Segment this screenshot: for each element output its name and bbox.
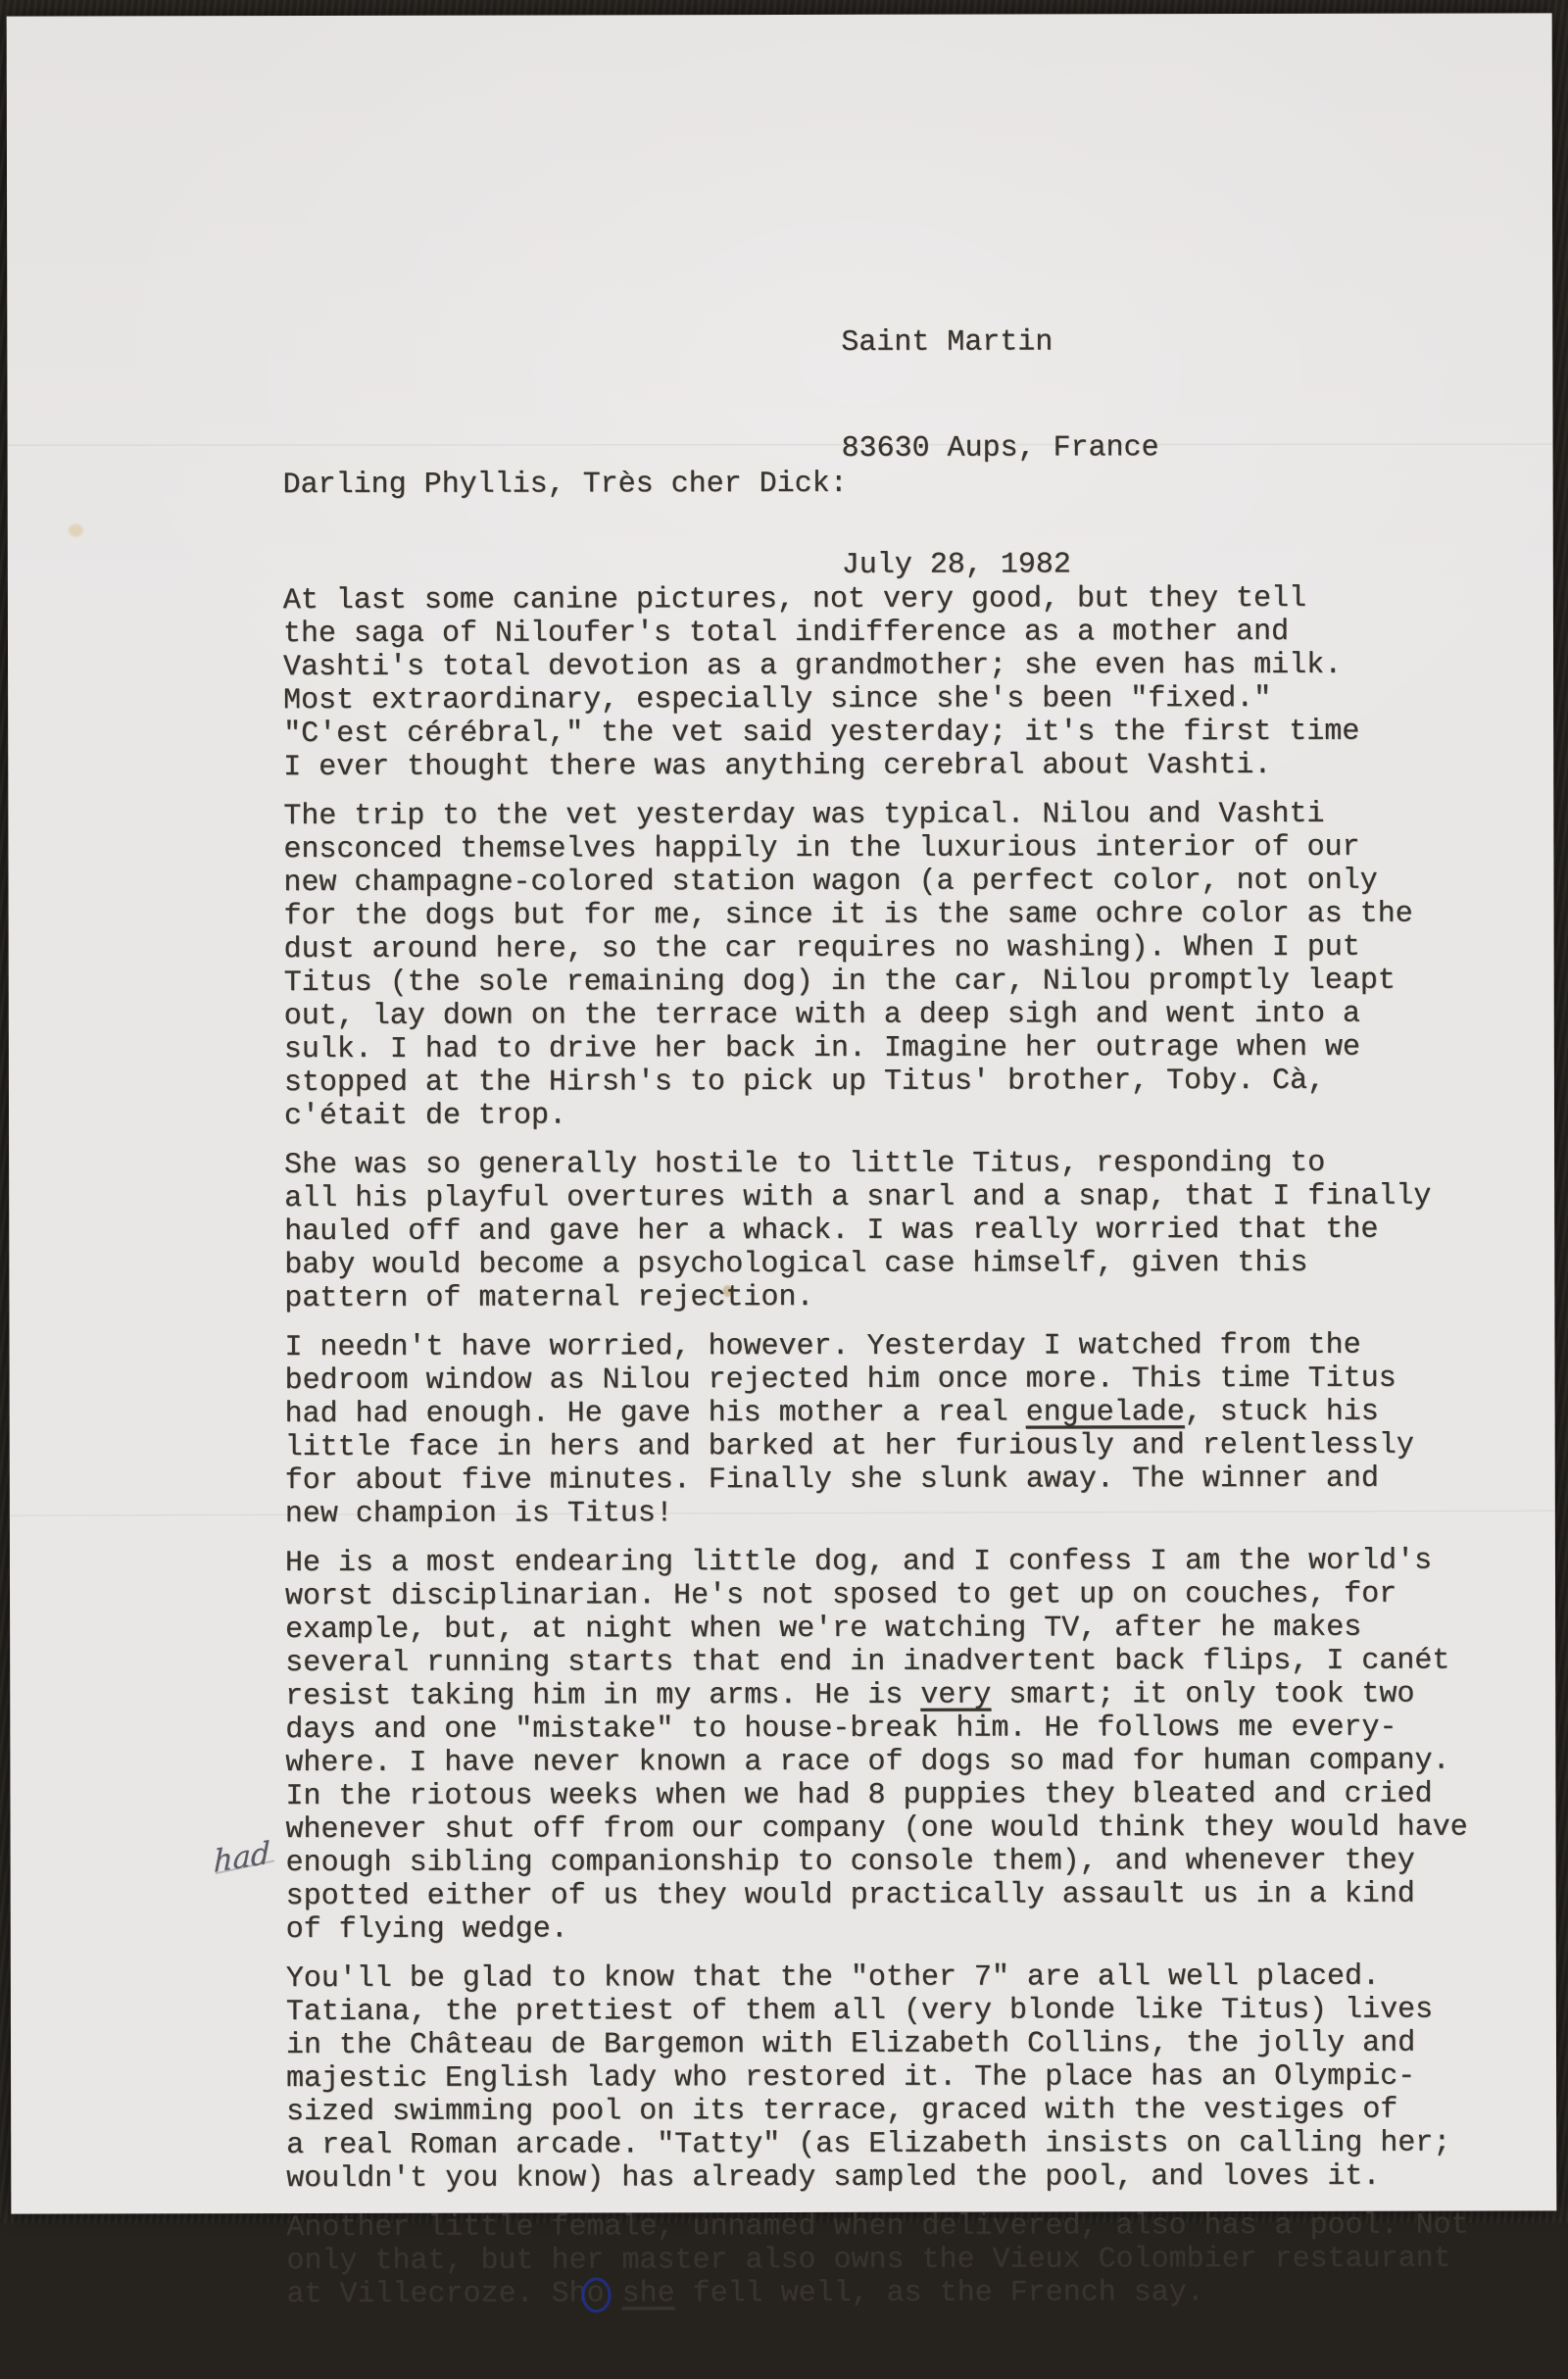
text-segment: He is a most endearing little dog, and I…: [285, 1545, 1432, 1580]
text-line: bedroom window as Nilou rejected him onc…: [285, 1363, 1467, 1399]
text-segment: c'était de trop.: [284, 1099, 566, 1133]
text-segment: sized swimming pool on its terrace, grac…: [286, 2094, 1397, 2129]
text-segment: in the Château de Bargemon with Elizabet…: [286, 2027, 1415, 2062]
margin-note-handwritten: had: [214, 1836, 270, 1879]
text-segment: for the dogs but for me, since it is the…: [284, 898, 1413, 933]
text-line: ensconced themselves happily in the luxu…: [283, 831, 1465, 867]
text-line: pattern of maternal rejection.: [284, 1280, 1466, 1316]
text-line: You'll be glad to know that the "other 7…: [286, 1960, 1468, 1997]
text-line: I needn't have worried, however. Yesterd…: [284, 1329, 1466, 1365]
text-segment: I ever thought there was anything cerebr…: [283, 749, 1271, 784]
text-line: He is a most endearing little dog, and I…: [285, 1545, 1467, 1581]
text-segment: spotted either of us they would practica…: [286, 1878, 1415, 1913]
text-segment: new champion is Titus!: [285, 1497, 673, 1531]
text-line: Tatiana, the prettiest of them all (very…: [286, 1994, 1468, 2030]
text-line: baby would become a psychological case h…: [284, 1247, 1466, 1283]
text-segment: resist taking him in my arms. He is: [285, 1679, 920, 1713]
text-line: a real Roman arcade. "Tatty" (as Elizabe…: [286, 2127, 1468, 2163]
text-line: for about five minutes. Finally she slun…: [285, 1462, 1467, 1499]
text-line: hauled off and gave her a whack. I was r…: [284, 1214, 1466, 1250]
text-line: dust around here, so the car requires no…: [284, 931, 1466, 967]
text-line: in the Château de Bargemon with Elizabet…: [286, 2027, 1468, 2063]
text-segment: a real Roman arcade. "Tatty" (as Elizabe…: [286, 2127, 1450, 2162]
text-segment: smart; it only took two: [991, 1678, 1414, 1712]
text-segment: new champagne-colored station wagon (a p…: [283, 865, 1377, 900]
text-line: The trip to the vet yesterday was typica…: [283, 798, 1465, 834]
stain-spot: [69, 523, 83, 536]
text-line: stopped at the Hirsh's to pick up Titus'…: [284, 1065, 1466, 1101]
text-segment: stopped at the Hirsh's to pick up Titus'…: [284, 1065, 1325, 1100]
text-segment: You'll be glad to know that the "other 7…: [286, 1960, 1380, 1996]
text-line: whenever shut off from our company (one …: [285, 1811, 1467, 1848]
text-line: little face in hers and barked at her fu…: [285, 1429, 1467, 1465]
salutation: Darling Phyllis, Très cher Dick:: [283, 467, 1465, 503]
text-line: Titus (the sole remaining dog) in the ca…: [284, 965, 1466, 1001]
underlined-text: enguelade: [1026, 1396, 1185, 1429]
text-segment: of flying wedge.: [286, 1912, 568, 1947]
text-line: several running starts that end in inadv…: [285, 1645, 1467, 1681]
text-segment: whenever shut off from our company (one …: [285, 1811, 1467, 1848]
text-line: of flying wedge.: [286, 1911, 1468, 1948]
text-segment: sulk. I had to drive her back in. Imagin…: [284, 1031, 1360, 1066]
paragraph: Another little female, unnamed when deli…: [286, 2209, 1468, 2223]
paragraph: She was so generally hostile to little T…: [284, 1147, 1467, 1316]
text-segment: where. I have never known a race of dogs…: [285, 1745, 1449, 1780]
text-line: "C'est cérébral," the vet said yesterday…: [283, 716, 1465, 752]
text-line: enough sibling companionship to console …: [286, 1845, 1468, 1881]
text-segment: Most extraordinary, especially since she…: [283, 682, 1271, 718]
text-segment: At last some canine pictures, not very g…: [283, 582, 1306, 618]
letter-page: Saint Martin 83630 Aups, France July 28,…: [7, 13, 1557, 2213]
text-line: spotted either of us they would practica…: [286, 1878, 1468, 1914]
paragraph: I needn't have worried, however. Yesterd…: [284, 1329, 1467, 1532]
text-segment: majestic English lady who restored it. T…: [286, 2060, 1415, 2096]
text-line: for the dogs but for me, since it is the…: [284, 898, 1466, 934]
text-segment: Another little female, unnamed when deli…: [286, 2209, 1468, 2223]
text-segment: Vashti's total devotion as a grandmother…: [283, 649, 1342, 684]
text-line: all his playful overtures with a snarl a…: [284, 1180, 1466, 1216]
text-line: majestic English lady who restored it. T…: [286, 2060, 1468, 2097]
text-line: resist taking him in my arms. He is very…: [285, 1678, 1467, 1714]
text-segment: dust around here, so the car requires no…: [284, 931, 1360, 966]
underlined-text: very: [920, 1679, 991, 1712]
text-segment: I needn't have worried, however. Yesterd…: [284, 1329, 1360, 1364]
text-segment: "C'est cérébral," the vet said yesterday…: [283, 716, 1359, 751]
text-line: In the riotous weeks when we had 8 puppi…: [285, 1778, 1467, 1814]
text-line: At last some canine pictures, not very g…: [283, 582, 1465, 619]
paragraphs-container: At last some canine pictures, not very g…: [283, 582, 1469, 2223]
text-segment: The trip to the vet yesterday was typica…: [283, 798, 1324, 833]
text-segment: bedroom window as Nilou rejected him onc…: [285, 1363, 1396, 1398]
text-line: example, but, at night when we're watchi…: [285, 1611, 1467, 1648]
text-line: sized swimming pool on its terrace, grac…: [286, 2094, 1468, 2130]
text-segment: example, but, at night when we're watchi…: [285, 1611, 1361, 1647]
text-segment: Titus (the sole remaining dog) in the ca…: [284, 965, 1396, 1000]
text-segment: , stuck his: [1185, 1396, 1379, 1429]
text-segment: pattern of maternal rejection.: [284, 1281, 813, 1315]
paragraph: You'll be glad to know that the "other 7…: [286, 1960, 1469, 2197]
text-segment: all his playful overtures with a snarl a…: [284, 1180, 1431, 1215]
text-segment: days and one "mistake" to house-break hi…: [285, 1711, 1396, 1747]
text-segment: baby would become a psychological case h…: [284, 1247, 1307, 1282]
text-segment: wouldn't you know) has already sampled t…: [286, 2160, 1380, 2196]
text-line: where. I have never known a race of dogs…: [285, 1745, 1467, 1781]
text-line: She was so generally hostile to little T…: [284, 1147, 1466, 1183]
text-line: Another little female, unnamed when deli…: [286, 2209, 1468, 2223]
text-line: out, lay down on the terrace with a deep…: [284, 998, 1466, 1034]
text-segment: ensconced themselves happily in the luxu…: [283, 831, 1359, 867]
text-line: new champion is Titus!: [285, 1496, 1467, 1532]
text-line: days and one "mistake" to house-break hi…: [285, 1711, 1467, 1748]
text-segment: enough sibling companionship to console …: [286, 1845, 1415, 1880]
text-segment: Tatiana, the prettiest of them all (very…: [286, 1994, 1433, 2029]
text-segment: out, lay down on the terrace with a deep…: [284, 998, 1360, 1033]
text-line: Most extraordinary, especially since she…: [283, 682, 1465, 719]
text-line: sulk. I had to drive her back in. Imagin…: [284, 1031, 1466, 1067]
text-segment: In the riotous weeks when we had 8 puppi…: [285, 1778, 1432, 1813]
text-line: had had enough. He gave his mother a rea…: [285, 1396, 1467, 1432]
text-segment: several running starts that end in inadv…: [285, 1645, 1449, 1680]
text-segment: the saga of Niloufer's total indifferenc…: [283, 616, 1289, 651]
text-segment: She was so generally hostile to little T…: [284, 1147, 1325, 1182]
return-address-line: Saint Martin: [841, 324, 1158, 359]
text-line: wouldn't you know) has already sampled t…: [286, 2160, 1468, 2197]
text-segment: hauled off and gave her a whack. I was r…: [284, 1214, 1378, 1249]
text-segment: little face in hers and barked at her fu…: [285, 1429, 1414, 1464]
paragraph: The trip to the vet yesterday was typica…: [283, 798, 1466, 1134]
text-line: c'était de trop.: [284, 1098, 1466, 1134]
paragraph: At last some canine pictures, not very g…: [283, 582, 1466, 785]
letter-body: Darling Phyllis, Très cher Dick: At last…: [282, 400, 1468, 2223]
text-segment: for about five minutes. Finally she slun…: [285, 1462, 1379, 1498]
text-segment: had had enough. He gave his mother a rea…: [285, 1396, 1026, 1431]
paragraph: He is a most endearing little dog, and I…: [285, 1545, 1468, 1948]
text-line: Vashti's total devotion as a grandmother…: [283, 649, 1465, 685]
text-segment: worst disciplinarian. He's not sposed to…: [285, 1578, 1396, 1613]
text-line: the saga of Niloufer's total indifferenc…: [283, 616, 1465, 652]
text-line: I ever thought there was anything cerebr…: [283, 749, 1465, 785]
text-line: worst disciplinarian. He's not sposed to…: [285, 1578, 1467, 1614]
text-line: new champagne-colored station wagon (a p…: [283, 865, 1465, 901]
